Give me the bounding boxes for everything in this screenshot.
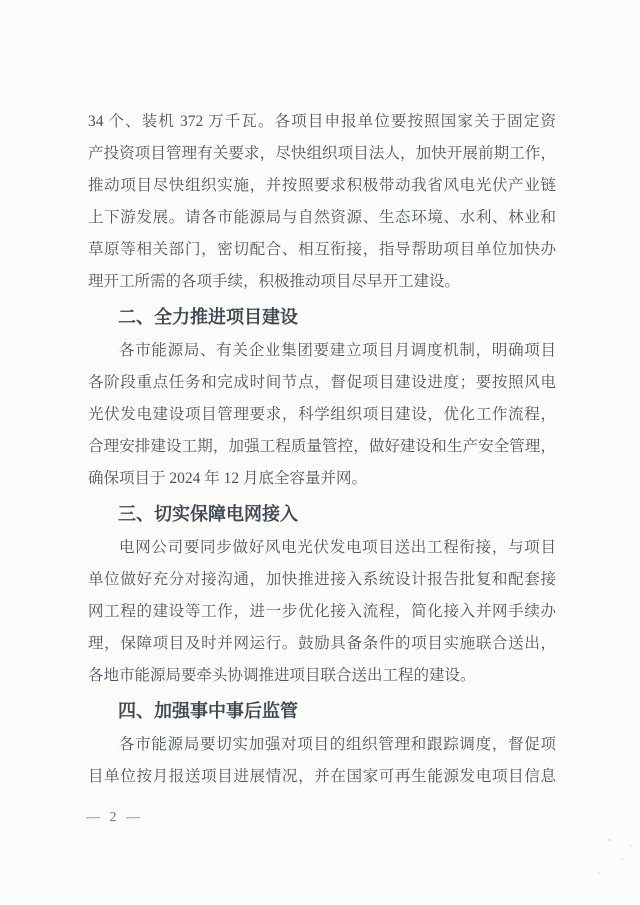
body-text-line: 上下游发展。请各市能源局与自然资源、生态环境、水利、林业和 [88, 202, 556, 234]
body-text-line: 单位做好充分对接沟通，加快推进接入系统设计报告批复和配套接 [88, 564, 556, 596]
body-text-line: 34 个、装机 372 万千瓦。各项目申报单位要按照国家关于固定资 [88, 106, 556, 138]
scan-noise-speckle [622, 858, 624, 860]
scan-noise-speckle [608, 838, 611, 841]
paragraph: 各市能源局要切实加强对项目的组织管理和跟踪调度，督促项 目单位按月报送项目进展情… [88, 729, 556, 793]
body-text-line: 合理安排建设工期，加强工程质量管控，做好建设和生产安全管理， [88, 431, 556, 463]
body-text-line: 各市能源局要切实加强对项目的组织管理和跟踪调度，督促项 [88, 729, 556, 761]
body-text-line: 确保项目于 2024 年 12 月底全容量并网。 [88, 463, 556, 495]
paragraph: 34 个、装机 372 万千瓦。各项目申报单位要按照国家关于固定资 产投资项目管… [88, 106, 556, 298]
body-text-line: 推动项目尽快组织实施，并按照要求积极带动我省风电光伏产业链 [88, 170, 556, 202]
body-text-line: 各市能源局、有关企业集团要建立项目月调度机制，明确项目 [88, 335, 556, 367]
body-text-line: 网工程的建设等工作，进一步优化接入流程，简化接入并网手续办 [88, 596, 556, 628]
body-text-line: 光伏发电建设项目管理要求，科学组织项目建设，优化工作流程， [88, 399, 556, 431]
body-text-line: 各地市能源局要牵头协调推进项目联合送出工程的建设。 [88, 660, 556, 692]
body-text-line: 草原等相关部门，密切配合、相互衔接，指导帮助项目单位加快办 [88, 234, 556, 266]
body-text-line: 产投资项目管理有关要求，尽快组织项目法人，加快开展前期工作， [88, 138, 556, 170]
paragraph: 电网公司要同步做好风电光伏发电项目送出工程衔接，与项目 单位做好充分对接沟通，加… [88, 532, 556, 692]
page-number: — 2 — [86, 810, 143, 826]
section-heading-2: 二、全力推进项目建设 [88, 301, 556, 333]
scan-noise-speckle [598, 872, 600, 874]
section-heading-4: 四、加强事中事后监管 [88, 695, 556, 727]
scan-noise-speckle [630, 845, 632, 847]
body-text-line: 理开工所需的各项手续，积极推动项目尽早开工建设。 [88, 266, 556, 298]
paragraph: 各市能源局、有关企业集团要建立项目月调度机制，明确项目 各阶段重点任务和完成时间… [88, 335, 556, 495]
document-page: 34 个、装机 372 万千瓦。各项目申报单位要按照国家关于固定资 产投资项目管… [0, 0, 640, 905]
body-text-line: 各阶段重点任务和完成时间节点，督促项目建设进度；要按照风电 [88, 367, 556, 399]
section-heading-3: 三、切实保障电网接入 [88, 498, 556, 530]
body-text-line: 理，保障项目及时并网运行。鼓励具备条件的项目实施联合送出， [88, 628, 556, 660]
document-body: 34 个、装机 372 万千瓦。各项目申报单位要按照国家关于固定资 产投资项目管… [88, 106, 556, 793]
body-text-line: 目单位按月报送项目进展情况，并在国家可再生能源发电项目信息 [88, 761, 556, 793]
body-text-line: 电网公司要同步做好风电光伏发电项目送出工程衔接，与项目 [88, 532, 556, 564]
